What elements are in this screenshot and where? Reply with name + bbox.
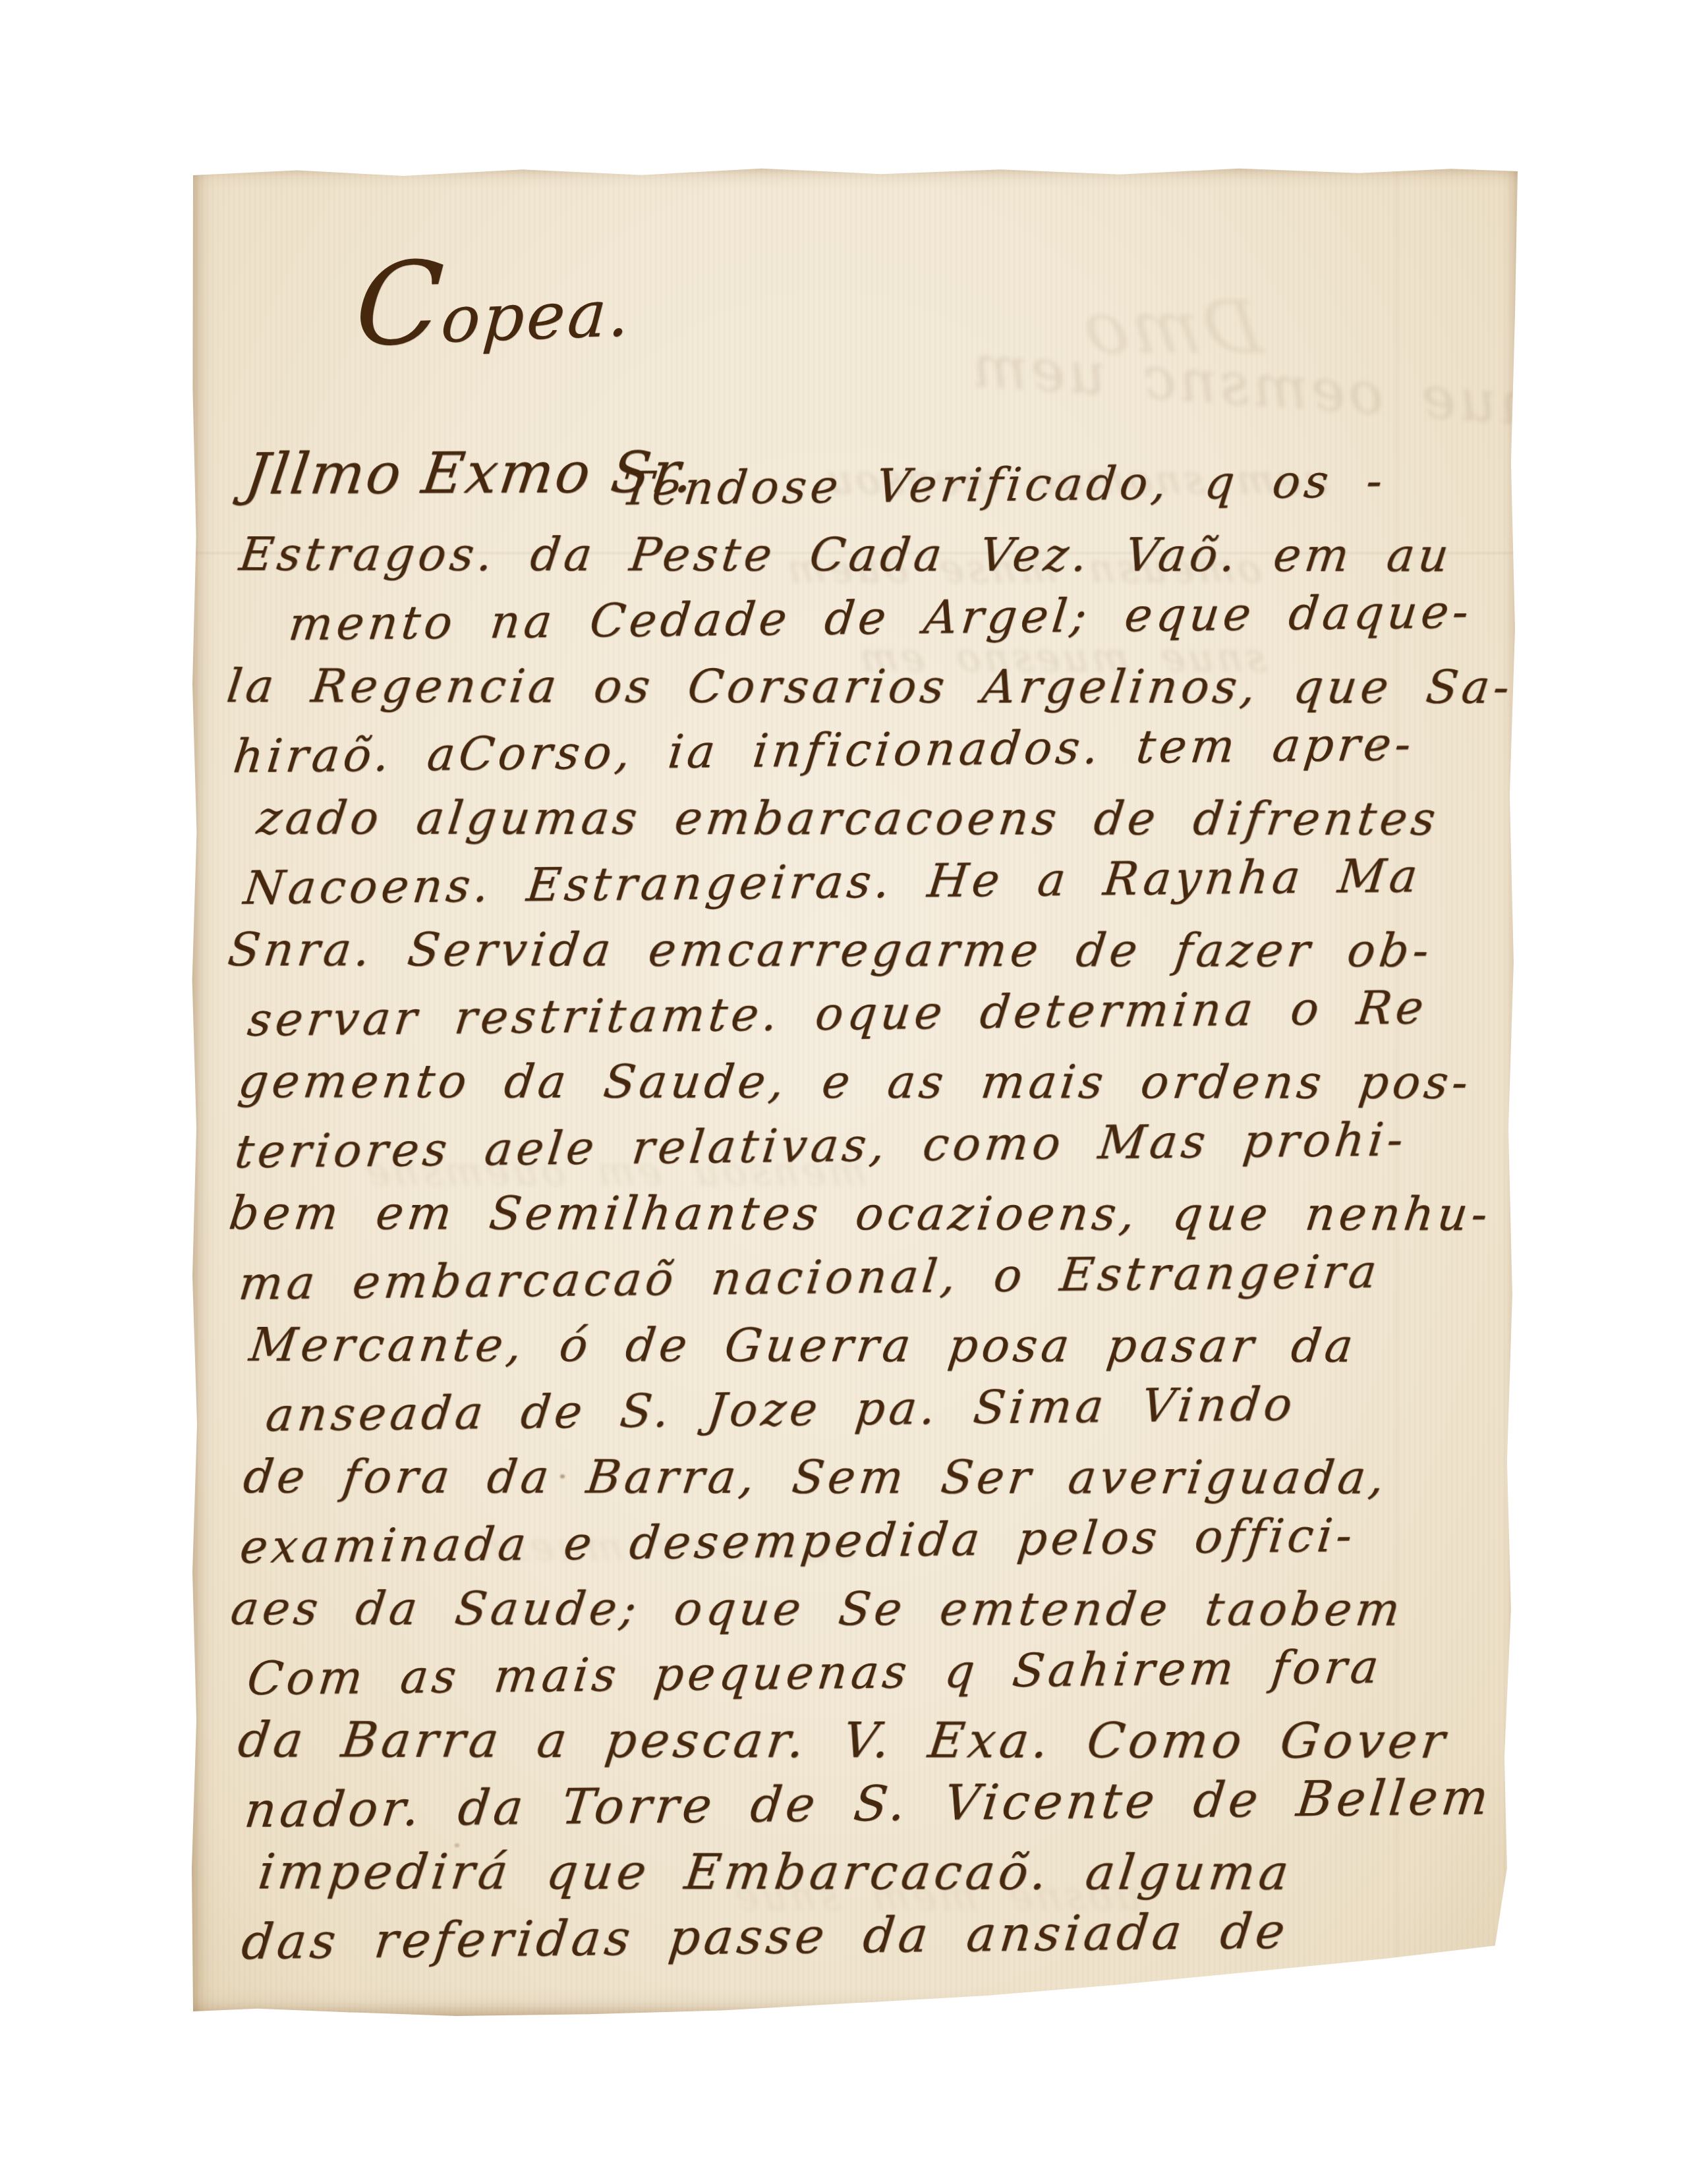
manuscript-line: Tendose Verificado, q os - (222, 447, 1502, 526)
manuscript-title: Copea. (352, 239, 637, 362)
manuscript-line: bem em Semilhantes ocazioens, que nenhu- (225, 1180, 1504, 1247)
manuscript-line: mento na Cedade de Argel; eque daque- (223, 578, 1503, 658)
manuscript-line: teriores aele relativas, como Mas prohi- (225, 1106, 1506, 1185)
manuscript-line: Estragos. da Peste Cada Vez. Vaõ. em au (223, 521, 1502, 588)
manuscript-line: anseada de S. Joze pa. Sima Vindo (226, 1369, 1506, 1448)
bleedthrough-fragment: Dmo (1075, 285, 1267, 370)
manuscript-line: da Barra a pescar. V. Exa. Como Gover (228, 1707, 1507, 1774)
manuscript-line: impedirá que Embarcacaõ. alguma (229, 1839, 1508, 1906)
manuscript-line: zado algumas embarcacoens de difrentes (224, 785, 1503, 852)
manuscript-body: Jllmo Exmo Sr. Tendose Verificado, q os … (226, 452, 1504, 1973)
manuscript-line: Com as mais pequenas q Sahirem fora (227, 1633, 1508, 1712)
manuscript-lines: Tendose Verificado, q os -Estragos. da P… (226, 452, 1504, 1973)
manuscript-line: hiraõ. aCorso, ia inficionados. tem apre… (223, 710, 1504, 789)
manuscript-line: gemento da Saude, e as mais ordens pos- (225, 1048, 1504, 1115)
title-rest: opea. (439, 276, 635, 358)
manuscript-line: de fora da Barra, Sem Ser averiguada, (227, 1443, 1506, 1511)
photo-stage: memsnue oemsnc uemuem snomue mensouomeus… (0, 0, 1687, 2184)
manuscript-line: servar restritamte. oque determina o Re (225, 974, 1505, 1053)
manuscript-line: Nacoens. Estrangeiras. He a Raynha Ma (224, 842, 1504, 921)
manuscript-line: das referidas passe da ansiada de (229, 1896, 1509, 1975)
manuscript-line: Snra. Servida emcarregarme de fazer ob- (224, 916, 1503, 984)
manuscript-line: nador. da Torre de S. Vicente de Bellem (228, 1764, 1508, 1843)
manuscript-page: memsnue oemsnc uemuem snomue mensouomeus… (191, 167, 1518, 2016)
manuscript-line: examinada e desempedida pelos offici- (227, 1501, 1507, 1580)
manuscript-line: la Regencia os Corsarios Argelinos, que … (223, 653, 1502, 720)
manuscript-line: Mercante, ó de Guerra posa pasar da (226, 1312, 1505, 1379)
bleedthrough-fragment: memsnue oemsnc uem (967, 331, 1687, 452)
manuscript-line: ma embarcacaõ nacional, o Estrangeira (225, 1237, 1506, 1316)
title-initial: C (351, 236, 447, 372)
manuscript-line: aes da Saude; oque Se emtende taobem (227, 1575, 1506, 1642)
